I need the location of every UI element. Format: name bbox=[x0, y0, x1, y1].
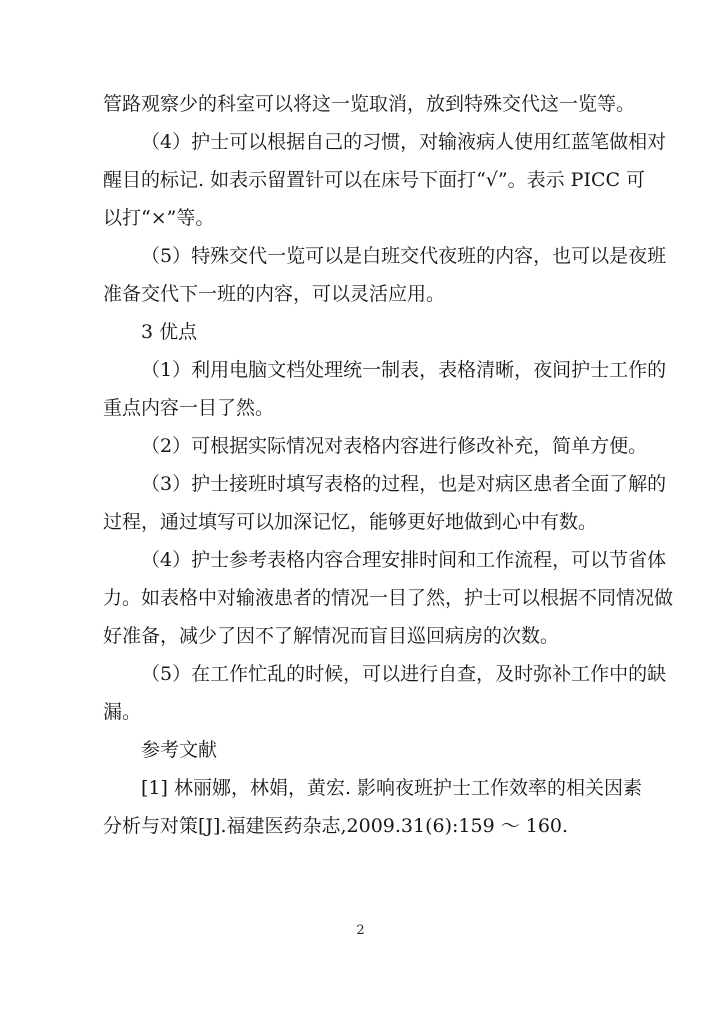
text-line: （5）特殊交代一览可以是白班交代夜班的内容，也可以是夜班 bbox=[103, 237, 621, 275]
text-line: （1）利用电脑文档处理统一制表，表格清晰，夜间护士工作的 bbox=[103, 351, 621, 389]
text-line: 以打“×”等。 bbox=[103, 199, 621, 237]
text-line: 准备交代下一班的内容，可以灵活应用。 bbox=[103, 275, 621, 313]
references-heading: 参考文献 bbox=[103, 731, 621, 769]
reference-entry: [1] 林丽娜，林娟，黄宏. 影响夜班护士工作效率的相关因素 bbox=[103, 769, 621, 807]
text-line: （3）护士接班时填写表格的过程，也是对病区患者全面了解的 bbox=[103, 465, 621, 503]
text-line: （4）护士可以根据自己的习惯，对输液病人使用红蓝笔做相对 bbox=[103, 123, 621, 161]
text-line: 过程，通过填写可以加深记忆，能够更好地做到心中有数。 bbox=[103, 503, 621, 541]
text-line: 醒目的标记. 如表示留置针可以在床号下面打“√”。表示 PICC 可 bbox=[103, 161, 621, 199]
text-line: 重点内容一目了然。 bbox=[103, 389, 621, 427]
document-page: 管路观察少的科室可以将这一览取消，放到特殊交代这一览等。 （4）护士可以根据自己… bbox=[0, 0, 721, 1020]
text-line: 管路观察少的科室可以将这一览取消，放到特殊交代这一览等。 bbox=[103, 85, 621, 123]
section-heading: 3 优点 bbox=[103, 313, 621, 351]
page-number: 2 bbox=[0, 922, 721, 940]
text-line: 力。如表格中对输液患者的情况一目了然，护士可以根据不同情况做 bbox=[103, 579, 621, 617]
text-line: 漏。 bbox=[103, 693, 621, 731]
text-line: （4）护士参考表格内容合理安排时间和工作流程，可以节省体 bbox=[103, 541, 621, 579]
document-body: 管路观察少的科室可以将这一览取消，放到特殊交代这一览等。 （4）护士可以根据自己… bbox=[103, 85, 621, 845]
text-line: （2）可根据实际情况对表格内容进行修改补充，简单方便。 bbox=[103, 427, 621, 465]
text-line: （5）在工作忙乱的时候，可以进行自查，及时弥补工作中的缺 bbox=[103, 655, 621, 693]
reference-entry: 分析与对策[J].福建医药杂志,2009.31(6):159 ～ 160. bbox=[103, 807, 621, 845]
text-line: 好准备，减少了因不了解情况而盲目巡回病房的次数。 bbox=[103, 617, 621, 655]
